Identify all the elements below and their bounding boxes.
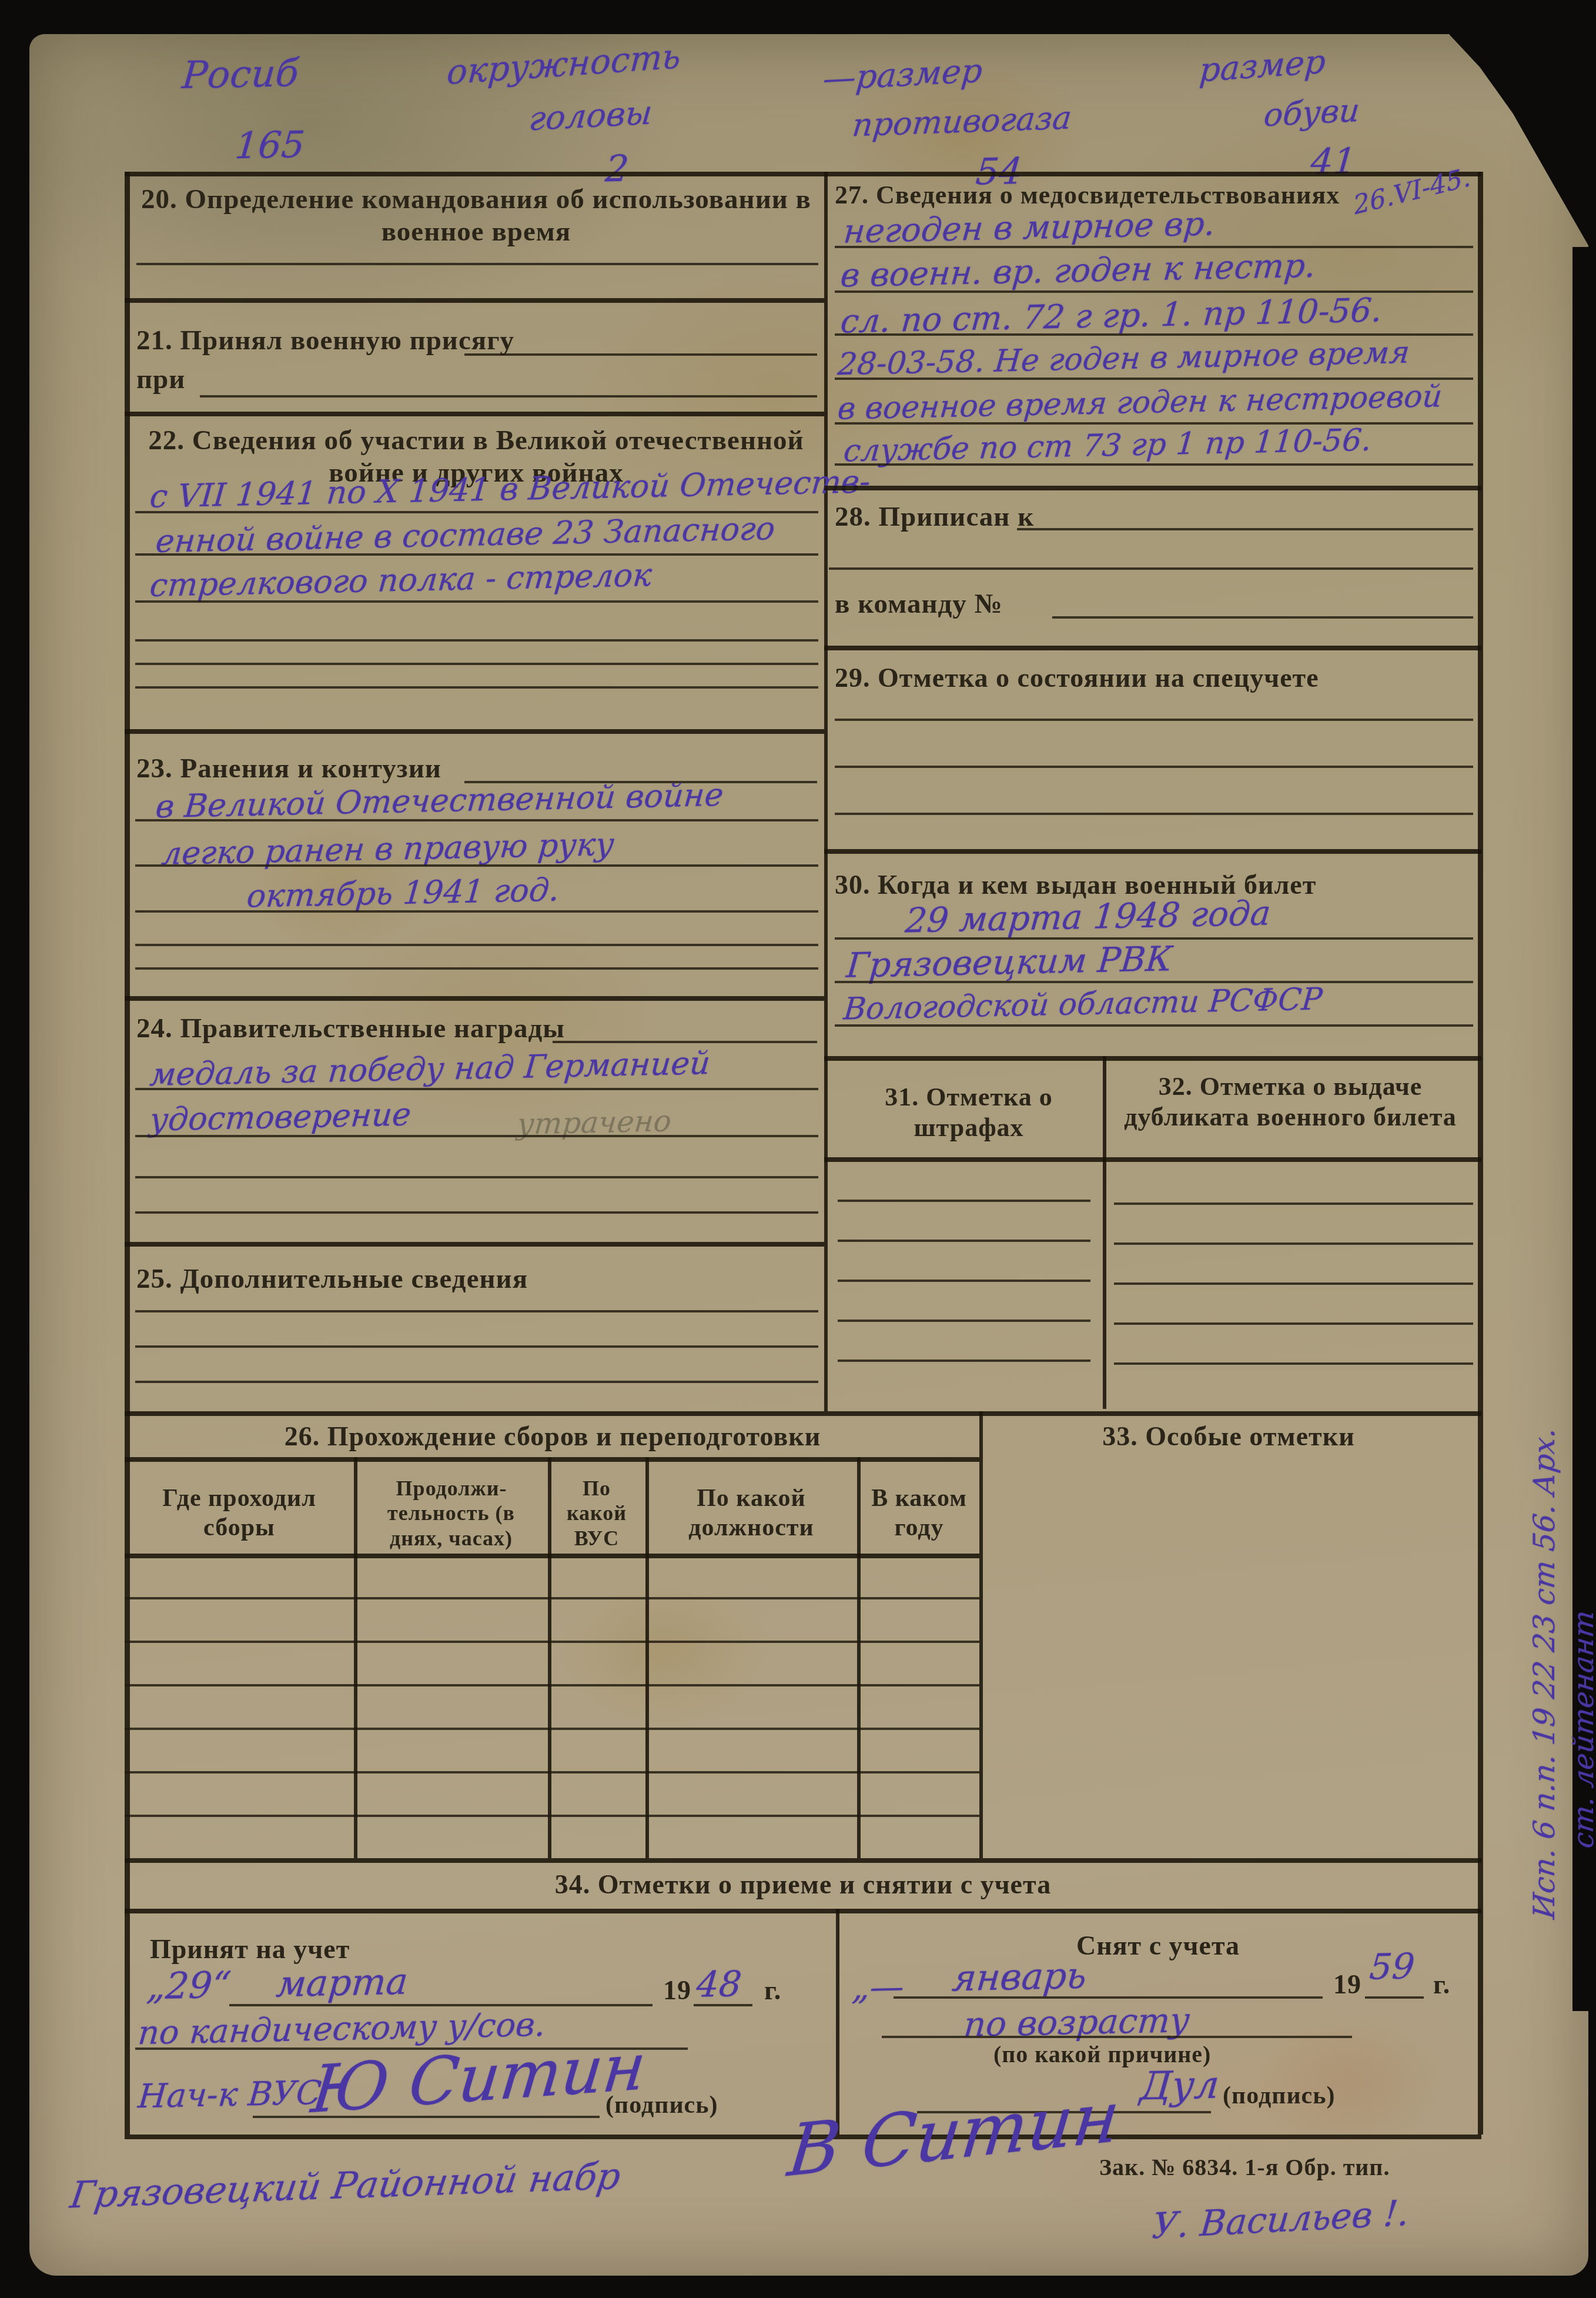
- ruled-line: [135, 553, 818, 556]
- section-27-entry-1: негоден в мирное вр.: [842, 205, 1216, 250]
- table-border-right: [1478, 172, 1483, 2135]
- taken-year-g: г.: [764, 1975, 781, 2006]
- removed-year-hw: 59: [1368, 1946, 1416, 1988]
- table-row-line: [125, 1815, 979, 1817]
- removed-year-print: 19: [1333, 1969, 1361, 2000]
- ruled-line: [694, 2004, 752, 2006]
- divider-26-33: [979, 1411, 983, 1858]
- section-divider: [125, 1242, 824, 1247]
- ruled-line: [894, 1996, 1323, 1999]
- col-header-vus: По какой ВУС: [553, 1476, 641, 1551]
- ruled-line: [253, 2116, 600, 2118]
- section-26-header-bottom: [125, 1554, 979, 1558]
- ruled-line: [135, 639, 818, 642]
- ruled-line: [1114, 1242, 1473, 1245]
- ruled-line: [835, 246, 1473, 248]
- col-line: [354, 1457, 357, 1858]
- section-32-title: 32. Отметка о выдаче дубликата воен­ного…: [1114, 1071, 1467, 1133]
- ruled-line: [838, 1200, 1090, 1202]
- section-33-title: 33. Особые отметки: [993, 1421, 1464, 1452]
- col-header-duration: Продолжи­тельность (в днях, часах): [359, 1476, 544, 1551]
- ruled-line: [838, 1320, 1090, 1322]
- scanned-document: Росиб 165 окружность головы 2 —размер пр…: [0, 0, 1596, 2298]
- table-row-line: [125, 1597, 979, 1599]
- table-border-top: [125, 172, 1481, 176]
- section-21-label2: при: [136, 363, 185, 396]
- section-divider: [125, 729, 824, 734]
- taken-sign-caption: (подпись): [605, 2091, 718, 2120]
- section-divider: [824, 849, 1481, 854]
- removed-sign-caption: (подпись): [1223, 2082, 1335, 2111]
- ruled-line: [835, 981, 1473, 983]
- removed-year-g: г.: [1433, 1969, 1450, 2000]
- ruled-line: [835, 463, 1473, 466]
- section-divider: [125, 298, 824, 303]
- ruled-line: [135, 1310, 818, 1312]
- taken-signer: Нач-к ВУС: [136, 2074, 323, 2116]
- section-24-label: 24. Правительственные награды: [136, 1013, 565, 1045]
- ruled-line: [464, 353, 817, 356]
- section-23-entry-3: октябрь 1941 год.: [245, 871, 561, 914]
- table-row-line: [125, 1771, 979, 1773]
- ruled-line: [135, 1345, 818, 1348]
- ruled-line: [135, 910, 818, 913]
- footer-print-note: Зак. № 6834. 1-я Обр. тип.: [1099, 2153, 1390, 2181]
- annotation-obuvi: обуви: [1262, 92, 1361, 134]
- section-26-header-top: [125, 1457, 979, 1462]
- ruled-line: [135, 1176, 818, 1178]
- section-34-divider: [836, 1909, 839, 2135]
- ruled-line: [835, 422, 1473, 425]
- ruled-line: [135, 1211, 818, 1214]
- ruled-line: [838, 1360, 1090, 1362]
- ruled-line: [1114, 1322, 1473, 1325]
- ruled-line: [135, 819, 818, 821]
- section-21-label: 21. Принял военную присягу: [136, 325, 514, 357]
- subcolumn-divider: [1103, 1056, 1106, 1409]
- section-26-title: 26. Прохождение сборов и переподготовки: [141, 1421, 964, 1452]
- removed-signature: Дул: [1139, 2062, 1221, 2109]
- ruled-line: [135, 1088, 818, 1090]
- ruled-line: [835, 813, 1473, 815]
- ruled-line: [1017, 528, 1473, 530]
- ruled-line: [835, 1024, 1473, 1027]
- ruled-line: [135, 967, 818, 970]
- ruled-line: [1052, 616, 1473, 619]
- section-divider: [824, 646, 1481, 650]
- ruled-line: [136, 263, 818, 265]
- removed-month: январь: [951, 1954, 1088, 2000]
- section-divider: [125, 996, 824, 1001]
- table-row-line: [125, 1684, 979, 1686]
- annotation-golovy: головы: [527, 93, 654, 138]
- annotation-protivogaza: противогаза: [851, 99, 1073, 143]
- margin-note-line-1: Исп. 6 п.п. 19 22 23 ст 56. Арх.: [1527, 1000, 1561, 1920]
- annotation-rosib: Росиб: [180, 52, 300, 98]
- ruled-line: [835, 766, 1473, 768]
- annotation-41: 41: [1309, 141, 1357, 183]
- table-row-line: [125, 1641, 979, 1643]
- ruled-line: [135, 864, 818, 867]
- paper-stain: [1252, 2010, 1446, 2151]
- section-28-label: 28. Приписан к: [835, 501, 1034, 533]
- section-34-banner-underline: [125, 1909, 1481, 1913]
- ruled-line: [838, 1280, 1090, 1282]
- col-line: [548, 1457, 551, 1858]
- ruled-line: [553, 1041, 817, 1043]
- ruled-line: [835, 378, 1473, 380]
- col-header-position: По какой должности: [651, 1484, 851, 1542]
- ruled-line: [838, 1240, 1090, 1242]
- ruled-line: [829, 567, 1473, 570]
- taken-day: „29“: [145, 1963, 233, 2008]
- ruled-line: [135, 1381, 818, 1383]
- section-20-title: 20. Определение командования об использо…: [135, 183, 817, 249]
- col-header-year: В каком году: [862, 1484, 976, 1542]
- annotation-165: 165: [233, 123, 306, 168]
- ruled-line: [229, 2004, 653, 2006]
- ruled-line: [1114, 1362, 1473, 1365]
- col-line: [857, 1457, 861, 1858]
- section-28-label2: в команду №: [835, 588, 1003, 620]
- ruled-line: [1114, 1282, 1473, 1285]
- ruled-line: [135, 686, 818, 689]
- ruled-line: [882, 2036, 1352, 2038]
- section-34-banner: 34. Отметки о приеме и снятии с учета: [125, 1869, 1481, 1900]
- section-divider: [125, 412, 824, 416]
- section-30-entry-1: 29 марта 1948 года: [904, 893, 1272, 940]
- ruled-line: [135, 944, 818, 946]
- section-30-entry-2: Грязовецким РВК: [845, 938, 1174, 986]
- ruled-line: [835, 719, 1473, 721]
- section-24-entry-2: удостоверение: [148, 1095, 412, 1138]
- ruled-line: [135, 663, 818, 665]
- ruled-line: [135, 600, 818, 603]
- col-line: [645, 1457, 649, 1858]
- section-divider: [824, 486, 1481, 490]
- ruled-line: [200, 395, 817, 398]
- taken-label: Принят на учет: [150, 1933, 350, 1965]
- margin-note-line-2: ст. лейтенант: [1567, 1023, 1596, 1850]
- ruled-line: [1114, 1203, 1473, 1205]
- col-header-where: Где проходил сборы: [131, 1484, 348, 1542]
- taken-year-hw: 48: [695, 1963, 743, 2006]
- table-row-line: [125, 1728, 979, 1730]
- section-34-top: [125, 1858, 1481, 1863]
- section-27-title: 27. Сведения о медосвидетельствованиях: [835, 180, 1340, 211]
- section-26-top-border: [125, 1411, 1481, 1416]
- ruled-line: [135, 1135, 818, 1137]
- removed-dash: „—: [851, 1966, 906, 2008]
- table-border-left: [125, 172, 130, 2135]
- section-25-label: 25. Дополнительные сведения: [136, 1263, 528, 1295]
- section-divider: [824, 1056, 1481, 1061]
- header-underline: [824, 1157, 1481, 1162]
- taken-year-print: 19: [663, 1975, 691, 2006]
- column-divider: [824, 172, 828, 1411]
- section-23-label: 23. Ранения и контузии: [136, 753, 441, 785]
- ruled-line: [1365, 1996, 1424, 1999]
- taken-month: марта: [275, 1960, 410, 2006]
- section-31-title: 31. Отметка о штрафах: [841, 1082, 1097, 1143]
- section-29-label: 29. Отметка о состоянии на спецучете: [835, 662, 1319, 694]
